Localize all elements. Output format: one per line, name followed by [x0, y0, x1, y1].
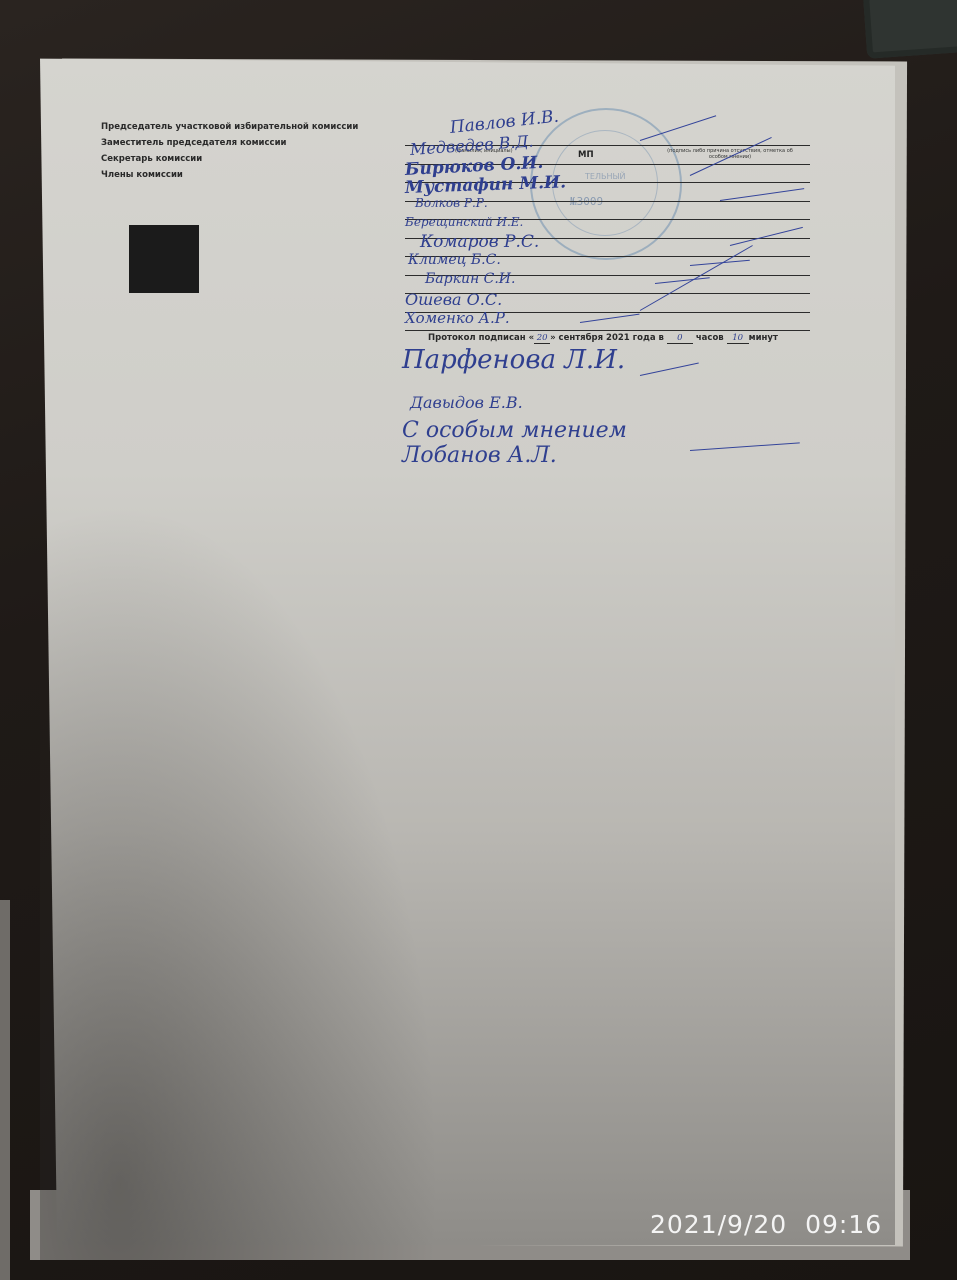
protocol-signed-line: Протокол подписан «20» сентября 2021 год… — [428, 333, 778, 344]
signed-middle: » сентября 2021 года в — [550, 333, 664, 343]
label-chairman: Председатель участковой избирательной ко… — [101, 119, 358, 135]
handwritten-name: Климец Б.С. — [408, 252, 501, 268]
handwritten-signature-line: Давыдов Е.В. — [410, 393, 523, 412]
caption-seal: МП — [578, 150, 594, 160]
paper-edge — [0, 900, 10, 1280]
label-secretary: Секретарь комиссии — [101, 151, 358, 167]
label-deputy-chairman: Заместитель председателя комиссии — [101, 135, 358, 151]
handwritten-name: Баркин С.И. — [425, 271, 515, 287]
photo-timestamp: 2021/9/20 09:16 — [650, 1210, 882, 1239]
handwritten-name: Ошева О.С. — [405, 290, 502, 309]
minutes-word: минут — [749, 333, 778, 343]
label-members: Члены комиссии — [101, 167, 358, 183]
handwritten-name: Хоменко А.Р. — [405, 309, 510, 327]
signed-hour: 0 — [667, 333, 693, 344]
signed-day: 20 — [534, 333, 550, 344]
handwritten-signature-line: С особым мнением — [402, 418, 627, 443]
handwritten-signature-line: Парфенова Л.И. — [402, 345, 625, 375]
caption-signature-column: (подпись либо причина отсутствия, отметк… — [660, 148, 800, 160]
signed-prefix: Протокол подписан « — [428, 333, 534, 343]
handwritten-name: Берещинский И.Е. — [405, 215, 523, 229]
role-labels: Председатель участковой избирательной ко… — [101, 119, 358, 183]
signature-line — [405, 330, 810, 331]
background-device — [863, 0, 957, 59]
handwritten-name: Волков Р.Р. — [415, 196, 488, 210]
handwritten-name: Комаров Р.С. — [420, 232, 539, 252]
handwritten-signature-line: Лобанов А.Л. — [402, 443, 557, 468]
hours-word: часов — [696, 333, 724, 343]
qr-code — [129, 225, 199, 293]
signed-minute: 10 — [727, 333, 749, 344]
